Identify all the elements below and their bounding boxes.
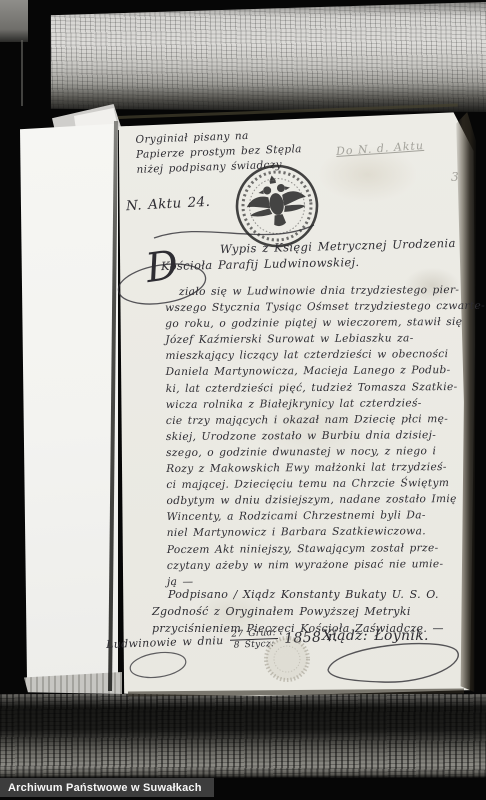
manuscript-line: ki, lat czterdzieści pięć, tudzież Tomas… [166, 379, 468, 397]
dateline-place: Ludwinowie w dniu [106, 634, 224, 651]
photo-corner-patch [0, 0, 28, 42]
book-bottom-edge [0, 694, 486, 778]
archive-caption-bar: Archiwum Państwowe w Suwałkach [0, 778, 214, 797]
manuscript-line: Zgodność z Oryginałem Powyższej Metryki [152, 603, 444, 620]
archive-caption-label: Archiwum Państwowe w Suwałkach [8, 782, 202, 794]
manuscript-line: cie trzy mających i okazał nam Dziecię p… [166, 411, 468, 429]
photo-corner-line [21, 40, 23, 106]
manuscript-body: ziało się w Ludwinowie dnia trzydziesteg… [165, 282, 469, 590]
archival-photo: Oryginiał pisany naPapierze prostym bez … [0, 0, 486, 800]
double-headed-eagle-icon [233, 162, 321, 250]
manuscript-line: go roku, o godzinie piątej w wieczorem, … [165, 314, 467, 332]
book-top-edge [28, 2, 486, 112]
dateline-flourish [126, 650, 190, 680]
manuscript-line: Podpisano / Xiądz Konstanty Bukaty U. S.… [152, 586, 444, 603]
signature: Xiądz: Łoynik. [322, 628, 474, 644]
manuscript-line: czytany ażeby w nim wyrażone pisać nie u… [167, 556, 469, 574]
manuscript-line: niel Martynowicz i Barbara Szatkiewiczow… [167, 523, 469, 541]
manuscript-line: Daniela Martynowicza, Macieja Lanego z P… [165, 362, 467, 380]
manuscript-line: Poczem Akt niniejszy, Stawającym został … [167, 539, 469, 557]
signature-block: Xiądz: Łoynik. [322, 628, 474, 644]
faint-round-stamp-icon [262, 634, 312, 684]
pencil-page-number: 3 [451, 170, 459, 184]
blank-left-page [18, 118, 118, 680]
